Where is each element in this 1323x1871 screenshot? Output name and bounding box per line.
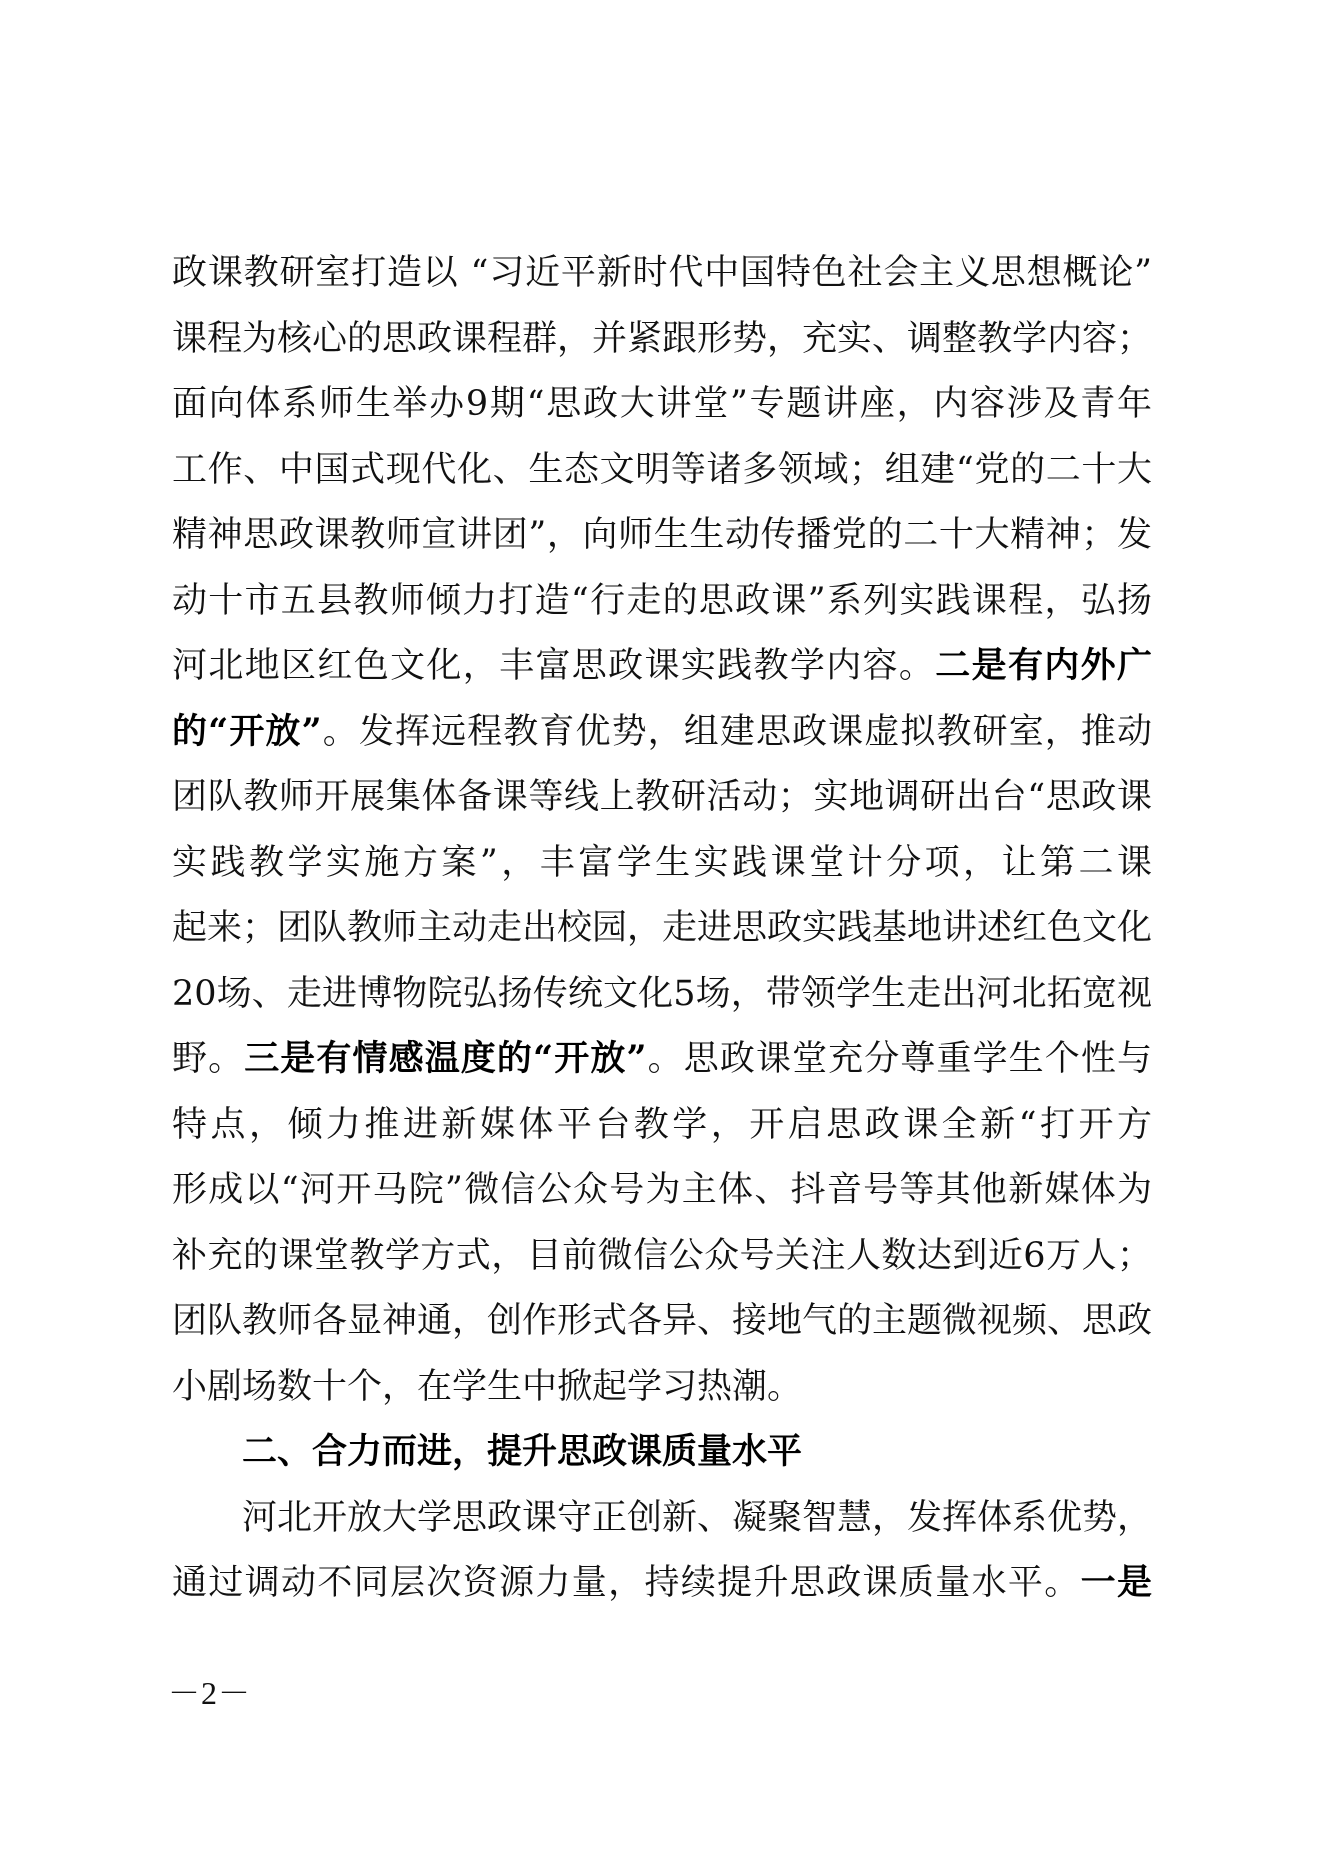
text-line: 河北开放大学思政课守正创新、凝聚智慧，发挥体系优势， xyxy=(242,1497,1152,1539)
text-segment: 课程为核心的思政课程群，并紧跟形势，充实、调整教学内容； xyxy=(172,319,1152,359)
text-segment: 形成以“河开马院”微信公众号为主体、抖音号等其他新媒体为 xyxy=(172,1170,1152,1210)
text-line: 的“开放”。发挥远程教育优势，组建思政课虚拟教研室，推动 xyxy=(172,711,1152,753)
text-segment: 面向体系师生举办9期“思政大讲堂”专题讲座，内容涉及青年 xyxy=(172,384,1152,424)
text-segment: 二、合力而进，提升思政课质量水平 xyxy=(242,1432,802,1472)
text-line: 课程为核心的思政课程群，并紧跟形势，充实、调整教学内容； xyxy=(172,318,1152,360)
text-line: 动十市五县教师倾力打造“行走的思政课”系列实践课程，弘扬 xyxy=(172,580,1152,622)
bold-phrase: 三是有情感温度的“开放” xyxy=(244,1038,646,1079)
text-segment: 动十市五县教师倾力打造“行走的思政课”系列实践课程，弘扬 xyxy=(172,581,1152,621)
document-page: 政课教研室打造以 “习近平新时代中国特色社会主义思想概论”课程为核心的思政课程群… xyxy=(0,0,1323,1871)
text-line: 特点，倾力推进新媒体平台教学，开启思政课全新“打开方式”， xyxy=(172,1104,1152,1146)
text-segment: 政课教研室打造以 “习近平新时代中国特色社会主义思想概论” xyxy=(172,253,1152,293)
text-segment: 特点，倾力推进新媒体平台教学，开启思政课全新“打开方式”， xyxy=(172,1105,1152,1146)
text-line: 实践教学实施方案”，丰富学生实践课堂计分项，让第二课堂“动” xyxy=(172,842,1152,884)
text-segment: 。发挥远程教育优势，组建思政课虚拟教研室，推动 xyxy=(322,712,1152,752)
text-line: 河北地区红色文化，丰富思政课实践教学内容。二是有内外广度 xyxy=(172,645,1152,687)
text-line: 20场、走进博物院弘扬传统文化5场，带领学生走出河北拓宽视 xyxy=(172,973,1152,1015)
text-line: 补充的课堂教学方式，目前微信公众号关注人数达到近6万人； xyxy=(172,1235,1152,1277)
text-segment: 实践教学实施方案”，丰富学生实践课堂计分项，让第二课堂“动” xyxy=(172,843,1152,884)
text-segment: 团队教师开展集体备课等线上教研活动；实地调研出台“思政课 xyxy=(172,777,1152,817)
section-heading: 二、合力而进，提升思政课质量水平 xyxy=(242,1431,1152,1473)
text-line: 精神思政课教师宣讲团”，向师生生动传播党的二十大精神；发 xyxy=(172,514,1152,556)
text-segment: 通过调动不同层次资源力量，持续提升思政课质量水平。 xyxy=(172,1563,1081,1603)
text-segment: 精神思政课教师宣讲团”，向师生生动传播党的二十大精神；发 xyxy=(172,515,1152,555)
text-segment: 工作、中国式现代化、生态文明等诸多领域；组建“党的二十大 xyxy=(172,450,1152,490)
text-line: 形成以“河开马院”微信公众号为主体、抖音号等其他新媒体为 xyxy=(172,1169,1152,1211)
text-line: 起来；团队教师主动走出校园，走进思政实践基地讲述红色文化 xyxy=(172,907,1152,949)
text-line: 团队教师开展集体备课等线上教研活动；实地调研出台“思政课 xyxy=(172,776,1152,818)
text-line: 野。三是有情感温度的“开放”。思政课堂充分尊重学生个性与 xyxy=(172,1038,1152,1080)
text-segment: 起来；团队教师主动走出校园，走进思政实践基地讲述红色文化 xyxy=(172,908,1152,948)
text-segment: 。思政课堂充分尊重学生个性与 xyxy=(647,1039,1152,1079)
text-segment: 河北地区红色文化，丰富思政课实践教学内容。 xyxy=(172,646,935,686)
text-segment: 补充的课堂教学方式，目前微信公众号关注人数达到近6万人； xyxy=(172,1236,1152,1276)
text-segment: 野。 xyxy=(172,1039,244,1079)
text-segment: 团队教师各显神通，创作形式各异、接地气的主题微视频、思政 xyxy=(172,1301,1152,1341)
text-segment: 20场、走进博物院弘扬传统文化5场，带领学生走出河北拓宽视 xyxy=(172,974,1152,1014)
bold-phrase: 的“开放” xyxy=(172,711,322,752)
text-line: 团队教师各显神通，创作形式各异、接地气的主题微视频、思政 xyxy=(172,1300,1152,1342)
page-number: －2－ xyxy=(168,1673,251,1713)
text-line: 工作、中国式现代化、生态文明等诸多领域；组建“党的二十大 xyxy=(172,449,1152,491)
text-line: 面向体系师生举办9期“思政大讲堂”专题讲座，内容涉及青年 xyxy=(172,383,1152,425)
text-segment: 小剧场数十个，在学生中掀起学习热潮。 xyxy=(172,1367,802,1407)
text-line: 小剧场数十个，在学生中掀起学习热潮。 xyxy=(172,1366,1152,1408)
text-line: 通过调动不同层次资源力量，持续提升思政课质量水平。一是凝 xyxy=(172,1562,1152,1604)
text-line: 政课教研室打造以 “习近平新时代中国特色社会主义思想概论” xyxy=(172,252,1152,294)
text-segment: 河北开放大学思政课守正创新、凝聚智慧，发挥体系优势， xyxy=(242,1498,1152,1538)
